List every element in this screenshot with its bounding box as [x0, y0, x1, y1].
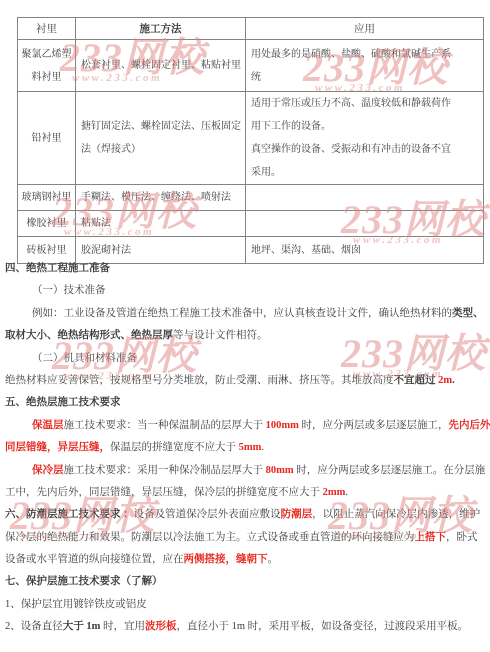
cell-application [246, 185, 484, 211]
cell-lining: 橡胶衬里 [18, 211, 76, 237]
text-line: （一）技术准备 [5, 280, 485, 302]
lining-methods-table: 衬里 施工方法 应用 聚氯乙烯塑料衬里松套衬里、螺栓固定衬里、粘贴衬里用处最多的… [17, 17, 484, 264]
cell-text: 粘贴法 [81, 212, 240, 235]
highlight-red-text: 先内后外， [449, 420, 490, 431]
col-header-label: 施工方法 [140, 24, 182, 35]
cell-text: 法（焊接式） [81, 138, 240, 161]
cell-text: 手糊法、模压法、缠绕法、喷射法 [81, 186, 240, 209]
text-line: 保冷层的绝热能力和效果。防潮层以冷法施工为主。立式设备或垂直管道的环向接缝应为上… [5, 527, 485, 549]
text-segment: . [345, 487, 348, 498]
cell-method: 粘贴法 [76, 211, 246, 237]
col-header-lining: 衬里 [18, 18, 76, 40]
emphasis-bold-text: . [452, 375, 455, 386]
text-segment: 工中，先内后外，同层错缝，异层压缝，保冷层的拼缝宽度不应大于 [5, 487, 323, 498]
text-segment: ，卧式 [446, 532, 478, 543]
col-header-label: 衬里 [36, 24, 57, 35]
text-segment: （一）技术准备 [32, 285, 106, 296]
text-segment: . [261, 442, 264, 453]
text-line: 设备或水平管道的纵向接缝位置，应在两侧搭接，缝朝下。 [5, 549, 485, 571]
table-row: 橡胶衬里粘贴法 [18, 211, 484, 237]
cell-application: 适用于常压或压力不高、温度较低和静载荷作用下工作的设备。真空操作的设备、受振动和… [246, 92, 484, 185]
text-segment: 设备或水平管道的纵向接缝位置，应在 [5, 554, 184, 565]
text-line: （二）机具和材料准备 [5, 348, 485, 370]
highlight-red-text: 同层错缝，异层压缝， [5, 442, 110, 453]
text-line: 取材大小、绝热结构形式、绝热层厚等与设计文件相符。 [5, 325, 485, 347]
text-line: 六、防潮层施工技术要求 ：设备及管道保冷层外表面应敷设防潮层，以阻止蒸汽向保冷层… [5, 504, 485, 526]
table-header-row: 衬里 施工方法 应用 [18, 18, 484, 40]
section-heading: 七、保护层施工技术要求（了解） [5, 571, 485, 593]
text-segment: （二）机具和材料准备 [32, 353, 137, 364]
text-segment: 例如：工业设备及管道在绝热工程施工技术准备中，应认真核查设计文件，确认绝热材料的 [32, 308, 452, 319]
table-row: 聚氯乙烯塑料衬里松套衬里、螺栓固定衬里、粘贴衬里用处最多的是硝酸、盐酸、硫酸和氯… [18, 40, 484, 92]
highlight-red-text: 波形板 [145, 621, 177, 632]
emphasis-bold-text: 类型、 [452, 308, 484, 319]
highlight-red-text: 上搭下 [415, 532, 447, 543]
text-segment: 施工技术要求：当一种保温制品的层厚大于 [64, 420, 266, 431]
text-segment: 1、保护层宜用镀锌铁皮或铝皮 [5, 599, 147, 610]
cell-method: 松套衬里、螺栓固定衬里、粘贴衬里 [76, 40, 246, 92]
highlight-red-text: 2mm [323, 487, 346, 498]
page: 衬里 施工方法 应用 聚氯乙烯塑料衬里松套衬里、螺栓固定衬里、粘贴衬里用处最多的… [0, 0, 490, 652]
highlight-red-text: 保温层 [32, 420, 64, 431]
emphasis-bold-text: 不宜超过 [394, 375, 439, 386]
text-segment: 设备及管道保冷层外表面应敷设 [134, 509, 281, 520]
highlight-red-text: 5mm [239, 442, 262, 453]
cell-lining: 玻璃钢衬里 [18, 185, 76, 211]
content: 四、绝热工程施工准备（一）技术准备例如：工业设备及管道在绝热工程施工技术准备中，… [5, 258, 485, 639]
text-line: 保冷层施工技术要求：采用一种保冷制品层厚大于 80mm 时，应分两层或多层逐层施… [5, 460, 485, 482]
text-segment: ，以阻止蒸汽向保冷层内渗透，维护 [312, 509, 480, 520]
col-header-application: 应用 [246, 18, 484, 40]
col-header-method: 施工方法 [76, 18, 246, 40]
cell-lining: 聚氯乙烯塑料衬里 [18, 40, 76, 92]
text-segment: ，直径小于 1m 时，采用平板，如设备变径，过渡段采用平板。 [177, 621, 469, 632]
highlight-red-text: 保冷层 [32, 465, 64, 476]
cell-text: 用下工作的设备。 [251, 115, 478, 138]
highlight-red-text: 两侧搭接，缝朝下 [184, 554, 268, 565]
table-body: 聚氯乙烯塑料衬里松套衬里、螺栓固定衬里、粘贴衬里用处最多的是硝酸、盐酸、硫酸和氯… [18, 40, 484, 264]
emphasis-bold-text: 四、绝热工程施工准备 [5, 263, 110, 274]
cell-text: 用处最多的是硝酸、盐酸、硫酸和氯碱生产系 [251, 43, 478, 66]
highlight-red-text: 2m [438, 375, 452, 386]
text-line: 1、保护层宜用镀锌铁皮或铝皮 [5, 594, 485, 616]
cell-method: 搪钉固定法、螺栓固定法、压板固定法（焊接式） [76, 92, 246, 185]
text-segment: 施工技术要求：采用一种保冷制品层厚大于 [64, 465, 266, 476]
emphasis-bold-text: 大于 1m [63, 621, 101, 632]
text-line: 例如：工业设备及管道在绝热工程施工技术准备中，应认真核查设计文件，确认绝热材料的… [5, 303, 485, 325]
text-line: 保温层施工技术要求：当一种保温制品的层厚大于 100mm 时，应分两层或多层逐层… [5, 415, 485, 437]
cell-application [246, 211, 484, 237]
cell-text: 采用。 [251, 161, 478, 184]
table-row: 铅衬里搪钉固定法、螺栓固定法、压板固定法（焊接式）适用于常压或压力不高、温度较低… [18, 92, 484, 185]
text-line: 同层错缝，异层压缝，保温层的拼缝宽度不应大于 5mm. [5, 437, 485, 459]
cell-text: 真空操作的设备、受振动和有冲击的设备不宜 [251, 138, 478, 161]
cell-text: 玻璃钢衬里 [20, 186, 73, 209]
text-segment: 保温层的拼缝宽度不应大于 [110, 442, 239, 453]
highlight-red-text: 100mm [266, 420, 299, 431]
text-line: 绝热材料应妥善保管，按规格型号分类堆放，防止受潮、雨淋、挤压等。其堆放高度不宜超… [5, 370, 485, 392]
text-segment: 绝热材料应妥善保管，按规格型号分类堆放，防止受潮、雨淋、挤压等。其堆放高度 [5, 375, 394, 386]
text-segment: 时，宜用 [100, 621, 145, 632]
cell-text: 搪钉固定法、螺栓固定法、压板固定 [81, 115, 240, 138]
text-segment: 时，应分两层或多层逐层施工， [299, 420, 449, 431]
section-heading: 五、绝热层施工技术要求 [5, 392, 485, 414]
cell-text: 松套衬里、螺栓固定衬里、粘贴衬里 [81, 54, 240, 77]
cell-text: 铅衬里 [20, 127, 73, 150]
table-row: 玻璃钢衬里手糊法、模压法、缠绕法、喷射法 [18, 185, 484, 211]
text-segment: 等与设计文件相符。 [173, 330, 268, 341]
emphasis-bold-text: 五、绝热层施工技术要求 [5, 397, 121, 408]
cell-text: 统 [251, 66, 478, 89]
text-line: 2、设备直径大于 1m 时，宜用波形板，直径小于 1m 时，采用平板，如设备变径… [5, 616, 485, 638]
emphasis-bold-text: 取材大小、绝热结构形式、绝热层厚 [5, 330, 173, 341]
section-heading: 四、绝热工程施工准备 [5, 258, 485, 280]
cell-text: 料衬里 [20, 66, 73, 89]
cell-application: 用处最多的是硝酸、盐酸、硫酸和氯碱生产系统 [246, 40, 484, 92]
text-segment: 。 [268, 554, 279, 565]
highlight-red-text: 防潮层 [281, 509, 313, 520]
emphasis-bold-text: 七、保护层施工技术要求（了解） [5, 576, 163, 587]
cell-text: 橡胶衬里 [20, 212, 73, 235]
cell-method: 手糊法、模压法、缠绕法、喷射法 [76, 185, 246, 211]
cell-text: 适用于常压或压力不高、温度较低和静载荷作 [251, 92, 478, 115]
text-segment: 时，应分两层或多层逐层施工。在分层施 [294, 465, 486, 476]
cell-text: 聚氯乙烯塑 [20, 43, 73, 66]
col-header-label: 应用 [354, 24, 375, 35]
highlight-red-text: 80mm [266, 465, 294, 476]
text-segment: 2、设备直径 [5, 621, 63, 632]
text-segment: 保冷层的绝热能力和效果。防潮层以冷法施工为主。立式设备或垂直管道的环向接缝应为 [5, 532, 415, 543]
cell-lining: 铅衬里 [18, 92, 76, 185]
text-line: 工中，先内后外，同层错缝，异层压缝，保冷层的拼缝宽度不应大于 2mm. [5, 482, 485, 504]
emphasis-bold-text: 六、防潮层施工技术要求 ： [5, 509, 134, 520]
